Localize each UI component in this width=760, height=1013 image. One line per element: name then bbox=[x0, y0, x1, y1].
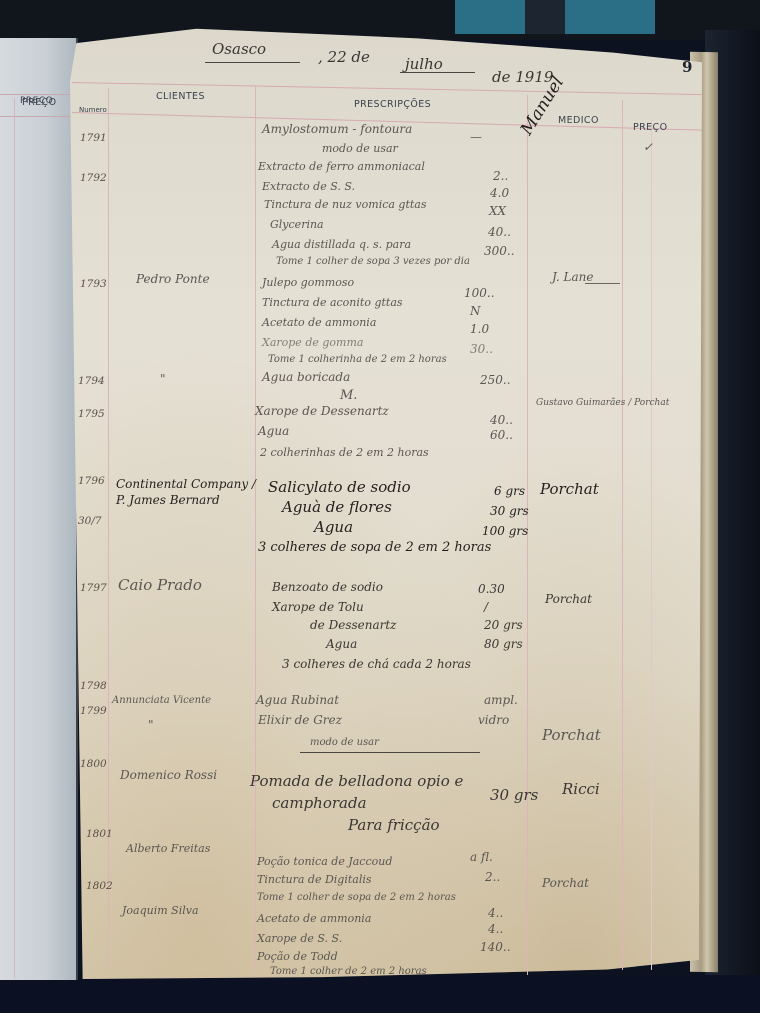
left-col-header-preco: PREÇO bbox=[22, 97, 56, 108]
prescription-line: Tome 1 colher de sopa de 2 em 2 horas bbox=[257, 892, 456, 903]
prescription-qty: a fl. bbox=[470, 850, 493, 864]
prescription-line: Xarope de gomma bbox=[262, 336, 363, 349]
prescription-qty: 140.. bbox=[480, 940, 511, 954]
client-name: Alberto Freitas bbox=[126, 842, 210, 855]
prescription-qty: 250.. bbox=[480, 373, 511, 387]
doctor-underline bbox=[585, 283, 620, 284]
page-number: 9 bbox=[682, 58, 692, 76]
col-header-medico: MEDICO bbox=[558, 115, 599, 126]
client-ditto: " bbox=[148, 718, 154, 732]
prescription-line: 2 colherinhas de 2 em 2 horas bbox=[260, 446, 429, 459]
left-page-rule bbox=[0, 94, 78, 95]
prescription-line: Tome 1 colher de 2 em 2 horas bbox=[270, 966, 427, 977]
prescription-line: Poção de Todd bbox=[257, 950, 338, 963]
entry-number: 1794 bbox=[78, 375, 105, 387]
left-page-column-rule bbox=[14, 98, 15, 978]
prescription-qty: 40.. bbox=[490, 413, 513, 427]
prescription-line: Acetato de ammonia bbox=[262, 316, 376, 329]
prescription-line: Extracto de S. S. bbox=[262, 180, 355, 193]
prescription-qty: vidro bbox=[478, 713, 509, 727]
entry-number: 1791 bbox=[80, 132, 107, 144]
prescription-line: Agua boricada bbox=[262, 370, 350, 384]
prescription-qty: 2.. bbox=[485, 870, 500, 884]
prescription-line: camphorada bbox=[272, 794, 367, 812]
prescription-line: Xarope de Dessenartz bbox=[255, 404, 389, 418]
client-name: Domenico Rossi bbox=[120, 768, 217, 782]
col-header-prescripcoes: PRESCRIPÇÕES bbox=[354, 99, 431, 110]
client-name: Pedro Ponte bbox=[136, 272, 210, 286]
prescription-qty: N bbox=[470, 304, 481, 318]
entry-number: 1796 bbox=[78, 475, 105, 487]
prescription-line: M. bbox=[340, 388, 357, 403]
prescription-qty: 6 grs bbox=[494, 484, 525, 498]
prescription-line: modo de usar bbox=[310, 737, 379, 748]
doctor-name: Porchat bbox=[542, 876, 589, 890]
prescription-qty: — bbox=[470, 130, 482, 144]
left-page-rule bbox=[0, 116, 78, 117]
prescription-line: de Dessenartz bbox=[310, 618, 397, 632]
entry-number: 1800 bbox=[80, 758, 107, 770]
prescription-line: Julepo gommoso bbox=[262, 276, 354, 289]
entry-number: 1792 bbox=[80, 172, 107, 184]
header-date-month: julho bbox=[405, 55, 443, 73]
col-header-numero: Numero bbox=[79, 106, 107, 114]
prescription-qty: 100 grs bbox=[482, 524, 528, 538]
prescription-line: modo de usar bbox=[322, 142, 398, 155]
prescription-line: Agua Rubinat bbox=[256, 693, 339, 707]
prescription-qty: 1.0 bbox=[470, 322, 489, 336]
prescription-qty: ampl. bbox=[484, 693, 518, 707]
prescription-line: Elixir de Grez bbox=[258, 713, 342, 727]
header-underline bbox=[205, 62, 300, 63]
prescription-line: Acetato de ammonia bbox=[257, 912, 371, 925]
col-rule-preco-inner bbox=[651, 120, 652, 970]
prescription-qty: 30.. bbox=[470, 342, 493, 356]
prescription-line: Agua distillada q. s. para bbox=[272, 238, 411, 251]
entry-date-note: 30/7 bbox=[78, 515, 102, 527]
prescription-qty: 0.30 bbox=[478, 582, 505, 596]
prescription-line: Xarope de Tolu bbox=[272, 600, 364, 614]
doctor-name: Porchat bbox=[545, 592, 592, 606]
left-page: PREÇO bbox=[0, 38, 78, 980]
prescription-qty: 4.. bbox=[488, 922, 503, 936]
entry-number: 1798 bbox=[80, 680, 107, 692]
prescription-line: Benzoato de sodio bbox=[272, 580, 383, 594]
client-name: Continental Company / P. James Bernard bbox=[116, 476, 256, 508]
entry-number: 1802 bbox=[86, 880, 113, 892]
prescription-line: Agua bbox=[258, 424, 289, 438]
entry-number: 1801 bbox=[86, 828, 113, 840]
prescription-line: Tome 1 colher de sopa 3 vezes por dia bbox=[276, 256, 470, 267]
doctor-name: Gustavo Guimarães / Porchat bbox=[536, 398, 669, 408]
prescription-qty: 300.. bbox=[484, 244, 515, 258]
prescription-line: Poção tonica de Jaccoud bbox=[257, 855, 392, 868]
prescription-line: Tome 1 colherinha de 2 em 2 horas bbox=[268, 354, 447, 365]
entry-number: 1793 bbox=[80, 278, 107, 290]
doctor-name: J. Lane bbox=[552, 270, 593, 284]
entry-number: 1795 bbox=[78, 408, 105, 420]
prescription-qty: 60.. bbox=[490, 428, 513, 442]
client-name: Annunciata Vicente bbox=[112, 695, 211, 706]
client-name: Caio Prado bbox=[118, 576, 202, 594]
background-dark-object bbox=[525, 0, 565, 34]
prescription-line: Tinctura de aconito gttas bbox=[262, 296, 403, 309]
prescription-qty: 40.. bbox=[488, 225, 511, 239]
entry-number: 1797 bbox=[80, 582, 107, 594]
price-check: ✓ bbox=[643, 140, 653, 154]
col-header-clientes: CLIENTES bbox=[156, 91, 205, 102]
prescription-line: Amylostomum - fontoura bbox=[262, 122, 412, 136]
prescription-line: Salicylato de sodio bbox=[268, 478, 411, 496]
prescription-qty: 2.. bbox=[493, 169, 508, 183]
prescription-qty: 4.. bbox=[488, 906, 503, 920]
doctor-name: Porchat bbox=[540, 480, 599, 498]
header-place: Osasco bbox=[212, 40, 266, 58]
entry-number: 1799 bbox=[80, 705, 107, 717]
prescription-line: 3 colheres de chá cada 2 horas bbox=[282, 657, 471, 671]
doctor-name: Ricci bbox=[562, 780, 600, 798]
prescription-qty: XX bbox=[489, 204, 506, 218]
client-name: Joaquim Silva bbox=[122, 904, 199, 917]
col-rule-clientes bbox=[255, 86, 256, 971]
prescription-line: 3 colheres de sopa de 2 em 2 horas bbox=[258, 540, 491, 555]
prescription-qty: 80 grs bbox=[484, 637, 523, 651]
prescription-qty: 4.0 bbox=[490, 186, 509, 200]
prescription-line: Agua bbox=[314, 518, 353, 536]
prescription-line: Aguà de flores bbox=[282, 498, 392, 516]
prescription-line: Agua bbox=[326, 637, 357, 651]
background-bottom bbox=[0, 975, 760, 1013]
prescription-qty: 30 grs bbox=[490, 786, 538, 804]
col-header-preco: PREÇO bbox=[633, 122, 667, 133]
prescription-line: Tinctura de Digitalis bbox=[257, 873, 372, 886]
prescription-line: Extracto de ferro ammoniacal bbox=[258, 160, 425, 173]
header-underline bbox=[400, 72, 475, 73]
col-rule-medico bbox=[622, 100, 623, 970]
prescription-line: Pomada de belladona opio e bbox=[250, 772, 463, 790]
doctor-name: Porchat bbox=[542, 726, 601, 744]
prescription-line: Xarope de S. S. bbox=[257, 932, 342, 945]
prescription-qty: 100.. bbox=[464, 286, 495, 300]
prescription-qty: 30 grs bbox=[490, 504, 529, 518]
prescription-qty: 20 grs bbox=[484, 618, 523, 632]
prescription-line: Para fricção bbox=[348, 816, 440, 834]
entry-separator bbox=[300, 752, 480, 753]
client-ditto: " bbox=[160, 372, 166, 386]
prescription-line: Tinctura de nuz vomica gttas bbox=[264, 198, 427, 211]
prescription-qty: / bbox=[484, 600, 488, 614]
header-date-day: , 22 de bbox=[318, 48, 370, 66]
prescription-line: Glycerina bbox=[270, 218, 324, 231]
